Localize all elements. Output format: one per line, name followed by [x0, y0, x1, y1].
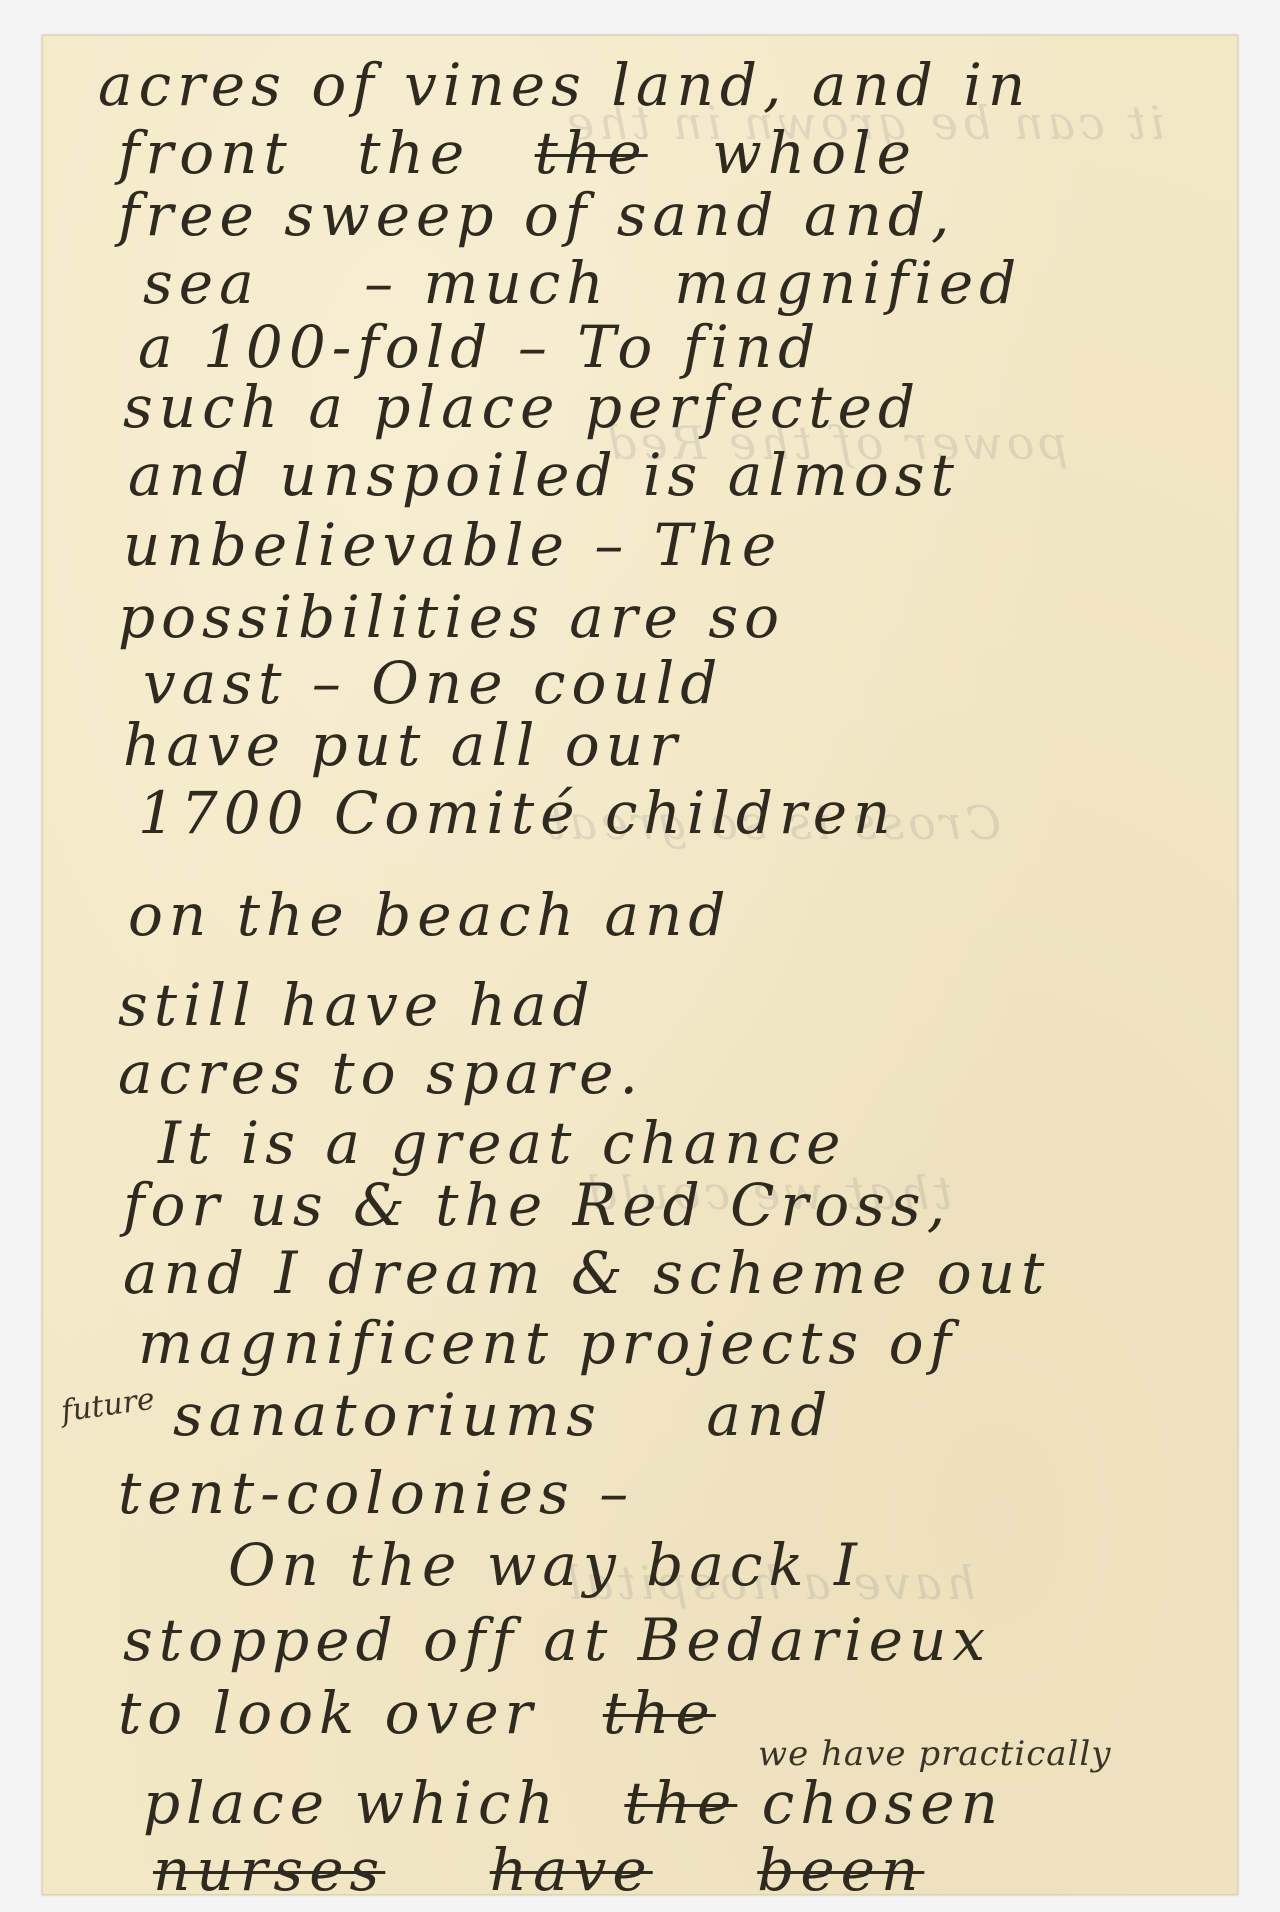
struck-word: nurses — [153, 1836, 385, 1904]
handwritten-line: 1700 Comité children — [138, 784, 896, 842]
handwritten-line: have put all our — [123, 716, 683, 774]
word: sea — [143, 249, 260, 317]
handwritten-line: front the the whole — [118, 124, 917, 182]
struck-word: been — [757, 1836, 924, 1904]
handwritten-line: On the way back I — [228, 1536, 863, 1594]
word: magnified — [674, 249, 1022, 317]
handwritten-line: and unspoiled is almost — [128, 446, 960, 504]
handwritten-line: on the beach and — [128, 886, 732, 944]
struck-word: the — [603, 1679, 716, 1747]
handwritten-line: acres to spare. — [118, 1044, 644, 1102]
word: chosen — [762, 1769, 1004, 1837]
handwritten-line: nurses have been — [153, 1841, 924, 1899]
letter-page: it can be grown in the power of the Red … — [42, 35, 1238, 1895]
struck-word: have — [490, 1836, 653, 1904]
word: and — [706, 1381, 833, 1449]
handwritten-line: to look over the — [118, 1684, 716, 1742]
handwritten-line: stopped off at Bedarieux — [123, 1611, 991, 1669]
handwritten-line: a 100-fold – To find — [138, 318, 821, 376]
word: whole — [712, 119, 917, 187]
handwritten-line: and I dream & scheme out — [123, 1244, 1050, 1302]
handwritten-line: sea – much magnified — [143, 254, 1022, 312]
margin-insertion-future: future — [59, 1382, 157, 1430]
handwritten-line: magnificent projects of — [138, 1314, 957, 1372]
handwritten-line: unbelievable – The — [123, 516, 782, 574]
handwritten-line: acres of vines land, and in — [98, 56, 1031, 114]
handwritten-line: free sweep of sand and, — [118, 186, 955, 244]
handwritten-line: for us & the Red Cross, — [123, 1176, 951, 1234]
word: sanatoriums — [173, 1381, 602, 1449]
struck-word: the — [535, 119, 648, 187]
handwritten-line: place which the chosen — [143, 1774, 1004, 1832]
handwritten-line: still have had — [118, 976, 596, 1034]
word: front — [118, 119, 293, 187]
handwritten-line: such a place perfected — [123, 378, 921, 436]
handwritten-line: tent-colonies – — [118, 1464, 634, 1522]
interlinear-insertion: we have practically — [758, 1734, 1111, 1774]
handwritten-line: possibilities are so — [118, 588, 785, 646]
handwritten-line: vast – One could — [143, 654, 723, 712]
word: to look over — [118, 1679, 538, 1747]
word: place which — [143, 1769, 560, 1837]
struck-word: the — [624, 1769, 737, 1837]
word: the — [357, 119, 470, 187]
handwritten-line: sanatoriums and — [173, 1386, 833, 1444]
handwritten-line: It is a great chance — [158, 1114, 847, 1172]
word: – much — [364, 249, 610, 317]
